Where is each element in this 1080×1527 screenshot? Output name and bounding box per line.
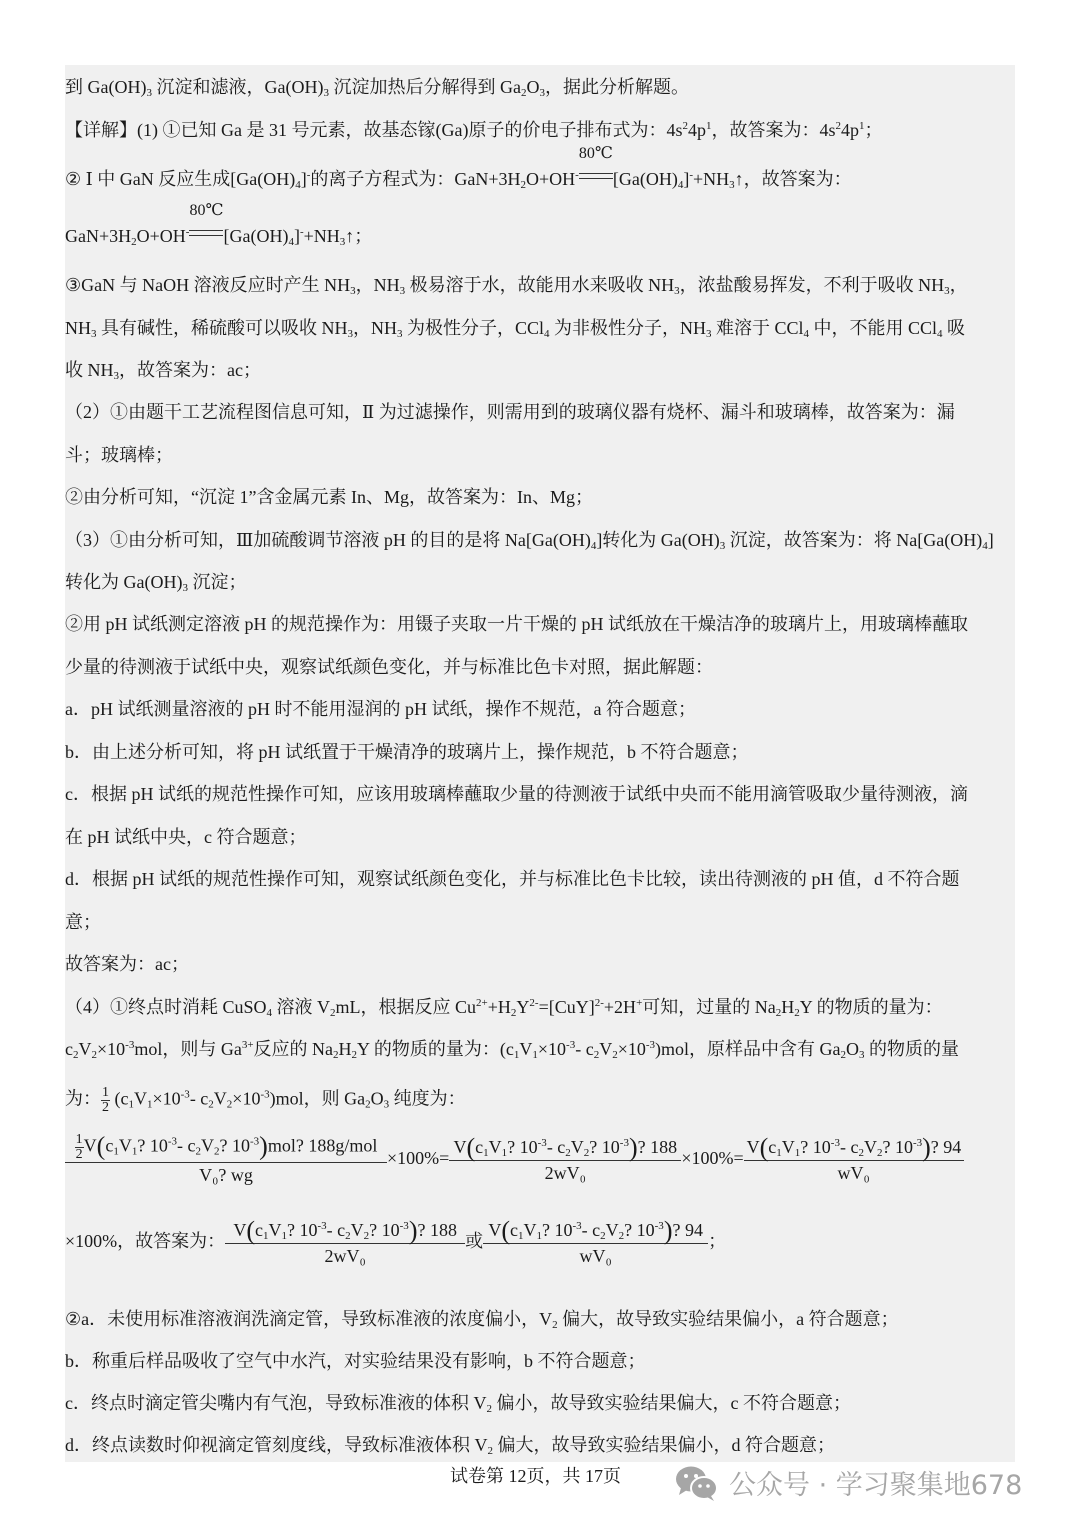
text-line-22: （4）①终点时消耗 CuSO4 溶液 V2mL，根据反应 Cu2++H2Y2-=… bbox=[65, 995, 943, 1019]
text-line-17: c．根据 pH 试纸的规范性操作可知，应该用玻璃棒蘸取少量的待测液于试纸中央而不… bbox=[65, 782, 968, 806]
reaction-condition: 80℃ bbox=[189, 224, 223, 248]
reaction-condition: 80℃ bbox=[579, 167, 613, 191]
page-footer: 试卷第 12页，共 17页 bbox=[450, 1463, 621, 1489]
text-line-7: 收 NH3，故答案为：ac； bbox=[65, 358, 261, 382]
text-line-20: 意； bbox=[65, 910, 101, 934]
text-line-14: 少量的待测液于试纸中央，观察试纸颜色变化，并与标准比色卡对照，据此解题： bbox=[65, 655, 713, 679]
wechat-icon bbox=[675, 1464, 719, 1502]
text-line-6: NH3 具有碱性，稀硫酸可以吸收 NH3，NH3 为极性分子，CCl4 为非极性… bbox=[65, 316, 965, 340]
text-line-21: 故答案为：ac； bbox=[65, 952, 189, 976]
text-line-28: b．称重后样品吸收了空气中水汽，对实验结果没有影响，b 不符合题意； bbox=[65, 1349, 646, 1373]
answer-formula: ×100%，故答案为： V(c1V1? 10-3- c2V2? 10-3)? 1… bbox=[65, 1218, 726, 1268]
text-line-10: ②由分析可知，“沉淀 1”含金属元素 In、Mg，故答案为：In、Mg； bbox=[65, 485, 593, 509]
document-panel: 到 Ga(OH)3 沉淀和滤液，Ga(OH)3 沉淀加热后分解得到 Ga2O3，… bbox=[65, 65, 1015, 1462]
text-line-30: d．终点读数时仰视滴定管刻度线，导致标准液体积 V2 偏大，故导致实验结果偏小，… bbox=[65, 1433, 835, 1457]
text-line-13: ②用 pH 试纸测定溶液 pH 的规范操作为：用镊子夹取一片干燥的 pH 试纸放… bbox=[65, 612, 968, 636]
text-line-16: b．由上述分析可知，将 pH 试纸置于干燥清净的玻璃片上，操作规范，b 不符合题… bbox=[65, 740, 749, 764]
formula-fraction-lhs: 12V(c1V1? 10-3- c2V2? 10-3)mol? 188g/mol… bbox=[65, 1133, 387, 1187]
text-line-23: c2V2×10-3mol，则与 Ga3+反应的 Na2H2Y 的物质的量为：(c… bbox=[65, 1037, 959, 1061]
text-line-19: d．根据 pH 试纸的规范性操作可知，观察试纸颜色变化，并与标准比色卡比较，读出… bbox=[65, 867, 960, 891]
text-line-1: 到 Ga(OH)3 沉淀和滤液，Ga(OH)3 沉淀加热后分解得到 Ga2O3，… bbox=[65, 75, 689, 99]
answer-fraction-188: V(c1V1? 10-3- c2V2? 10-3)? 188 2wV₀ bbox=[225, 1218, 465, 1268]
text-line-2: 【详解】(1) ①已知 Ga 是 31 号元素，故基态镓(Ga)原子的价电子排布… bbox=[65, 118, 882, 142]
text-line-18: 在 pH 试纸中央，c 符合题意； bbox=[65, 825, 307, 849]
text-line-9: 斗；玻璃棒； bbox=[65, 443, 173, 467]
fraction-half: 12 bbox=[101, 1086, 110, 1115]
text-line-15: a．pH 试纸测量溶液的 pH 时不能用湿润的 pH 试纸，操作不规范，a 符合… bbox=[65, 697, 696, 721]
text-line-3: ② Ⅰ 中 GaN 反应生成[Ga(OH)4]-的离子方程式为：GaN+3H2O… bbox=[65, 167, 852, 191]
watermark-text: 公众号 · 学习聚集地678 bbox=[729, 1463, 1022, 1502]
text-line-24: 为：12 (c1V1×10-3- c2V2×10-3)mol，则 Ga2O3 纯… bbox=[65, 1086, 466, 1115]
formula-fraction-188: V(c1V1? 10-3- c2V2? 10-3)? 188 2wV₀ bbox=[449, 1135, 681, 1185]
watermark: 公众号 · 学习聚集地678 bbox=[675, 1463, 1022, 1502]
text-line-4: GaN+3H2O+OH-80℃[Ga(OH)4]-+NH3↑； bbox=[65, 224, 372, 248]
text-line-5: ③GaN 与 NaOH 溶液反应时产生 NH3，NH3 极易溶于水，故能用水来吸… bbox=[65, 273, 968, 297]
text-line-12: 转化为 Ga(OH)3 沉淀； bbox=[65, 570, 246, 594]
formula-fraction-94: V(c1V1? 10-3- c2V2? 10-3)? 94 wV₀ bbox=[744, 1135, 964, 1185]
purity-formula: 12V(c1V1? 10-3- c2V2? 10-3)mol? 188g/mol… bbox=[65, 1133, 964, 1187]
text-line-8: （2）①由题干工艺流程图信息可知，Ⅱ 为过滤操作，则需用到的玻璃仪器有烧杯、漏斗… bbox=[65, 400, 955, 424]
text-line-11: （3）①由分析可知，Ⅲ加硫酸调节溶液 pH 的目的是将 Na[Ga(OH)4]转… bbox=[65, 528, 994, 552]
text-line-27: ②a．未使用标准溶液润洗滴定管，导致标准液的浓度偏小，V2 偏大，故导致实验结果… bbox=[65, 1307, 899, 1331]
text-line-29: c．终点时滴定管尖嘴内有气泡，导致标准液的体积 V2 偏小，故导致实验结果偏大，… bbox=[65, 1391, 851, 1415]
answer-fraction-94: V(c1V1? 10-3- c2V2? 10-3)? 94 wV₀ bbox=[483, 1218, 708, 1268]
